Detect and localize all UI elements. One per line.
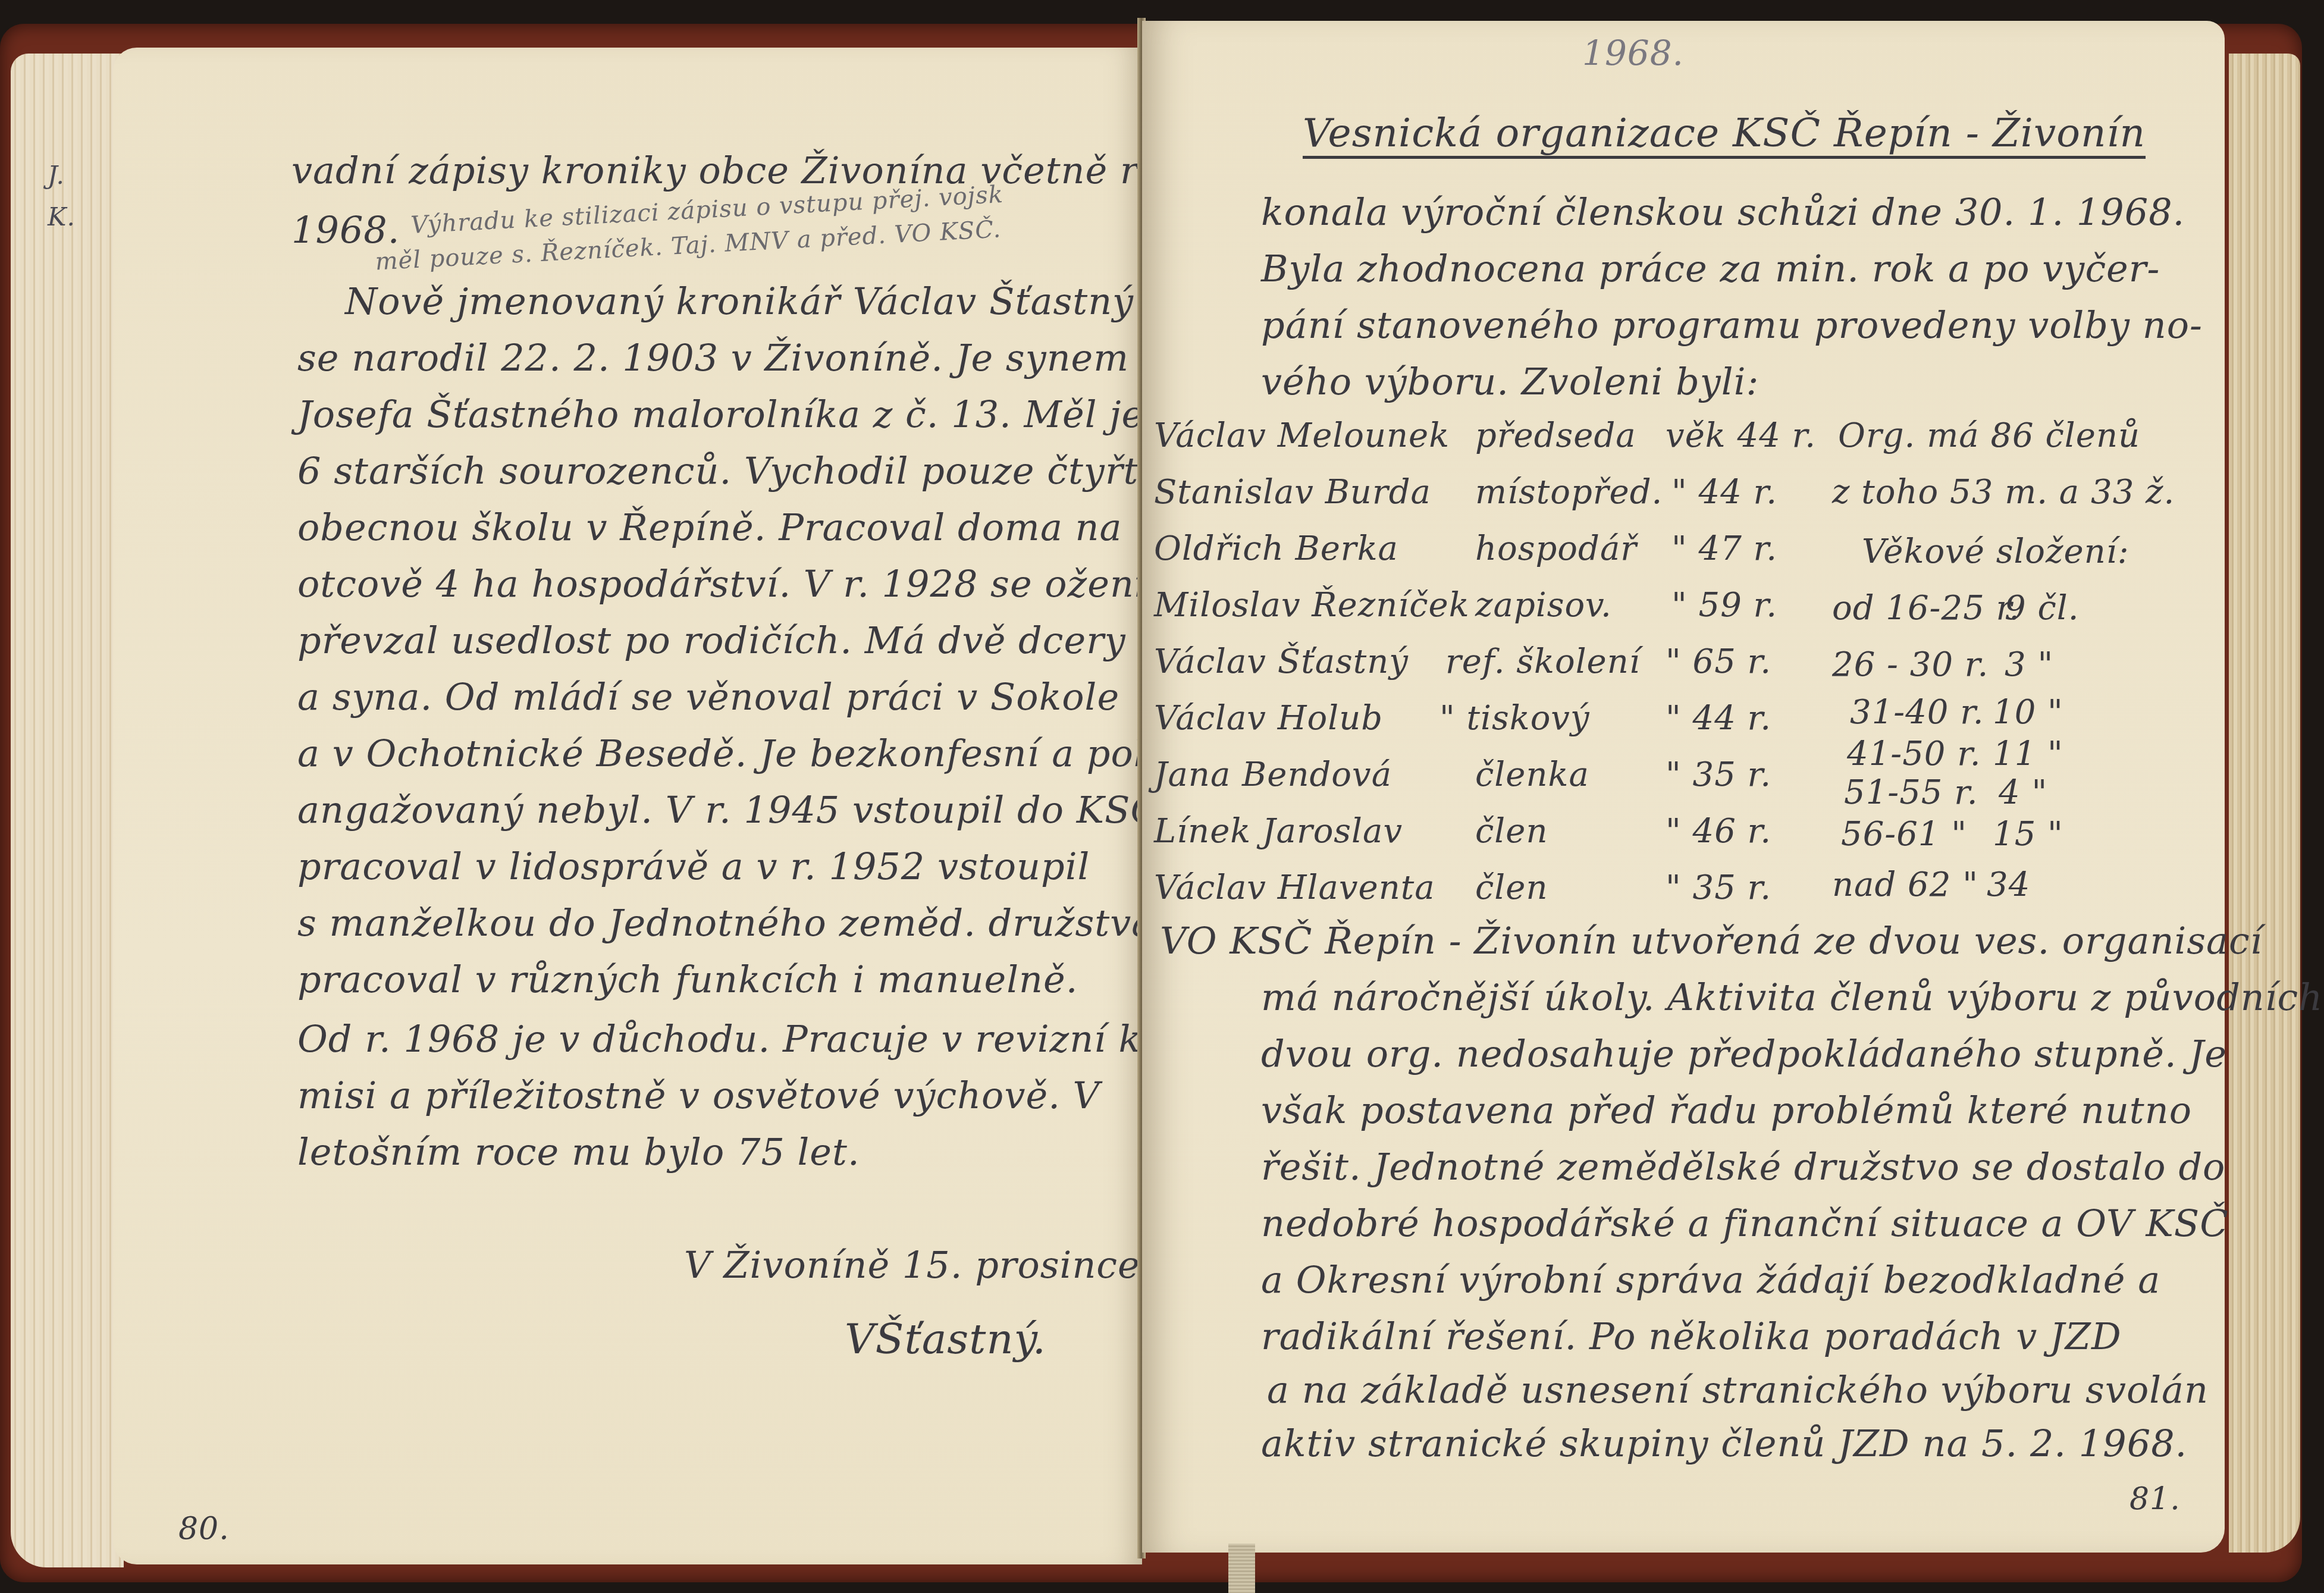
member-name: Václav Šťastný bbox=[1154, 642, 1409, 681]
age-count: 3 " bbox=[2005, 645, 2053, 684]
age-count: 34 bbox=[1987, 866, 2030, 904]
member-role: předseda bbox=[1475, 416, 1636, 455]
member-name: Václav Melounek bbox=[1154, 416, 1450, 455]
section-title: Vesnická organizace KSČ Řepín - Živonín bbox=[1303, 110, 2146, 156]
age-range: nad 62 " bbox=[1832, 866, 1978, 904]
paragraph-line: 6 starších sourozenců. Vychodil pouze čt… bbox=[297, 449, 1230, 493]
member-age: " 59 r. bbox=[1671, 586, 1777, 625]
bookmark-ribbon bbox=[1228, 1544, 1255, 1593]
page-number: 80. bbox=[178, 1511, 230, 1547]
member-name: Miloslav Řezníček bbox=[1154, 586, 1470, 625]
margin-mark: K. bbox=[48, 202, 76, 231]
age-range: 31-40 r. bbox=[1850, 693, 1984, 732]
paragraph-line: otcově 4 ha hospodářství. V r. 1928 se o… bbox=[297, 562, 1194, 606]
age-count: 9 čl. bbox=[2005, 589, 2080, 628]
paragraph-line: angažovaný nebyl. V r. 1945 vstoupil do … bbox=[297, 788, 1159, 832]
paragraph-line: Nově jmenovaný kronikář Václav Šťastný bbox=[345, 280, 1134, 323]
age-count: 4 " bbox=[1999, 773, 2047, 812]
text-line: vadní zápisy kroniky obce Živonína včetn… bbox=[291, 149, 1146, 192]
intro-line: konala výroční členskou schůzi dne 30. 1… bbox=[1261, 190, 2185, 234]
text-line: 1968. bbox=[291, 208, 400, 252]
left-page: J. K. vadní zápisy kroniky obce Živonína… bbox=[113, 48, 1142, 1564]
age-count: 10 " bbox=[1993, 693, 2063, 732]
signature: VŠťastný. bbox=[845, 1315, 1046, 1363]
member-split: z toho 53 m. a 33 ž. bbox=[1832, 473, 2175, 512]
left-page-edges bbox=[11, 54, 124, 1567]
member-role: členka bbox=[1475, 755, 1589, 794]
member-age: věk 44 r. bbox=[1666, 416, 1816, 455]
age-heading: Věkové složení: bbox=[1862, 532, 2129, 571]
paragraph-line: dvou org. nedosahuje předpokládaného stu… bbox=[1261, 1032, 2227, 1075]
paragraph-line: nedobré hospodářské a finanční situace a… bbox=[1261, 1202, 2229, 1245]
age-range: 26 - 30 r. bbox=[1832, 645, 1989, 684]
member-age: " 65 r. bbox=[1666, 642, 1771, 681]
member-age: " 47 r. bbox=[1671, 529, 1777, 568]
right-page-edges bbox=[2229, 54, 2300, 1553]
member-role: člen bbox=[1475, 812, 1548, 851]
page-number: 81. bbox=[2129, 1481, 2181, 1517]
member-name: Jana Bendová bbox=[1154, 755, 1392, 794]
member-role: " tiskový bbox=[1439, 699, 1590, 738]
age-range: 51-55 r. bbox=[1844, 773, 1978, 812]
paragraph-line: Josefa Šťastného malorolníka z č. 13. Mě… bbox=[297, 393, 1202, 436]
age-count: 11 " bbox=[1993, 735, 2063, 773]
paragraph-line: obecnou školu v Řepíně. Pracoval doma na bbox=[297, 506, 1122, 549]
paragraph-line: převzal usedlost po rodičích. Má dvě dce… bbox=[297, 619, 1126, 662]
age-range: 56-61 " bbox=[1841, 815, 1967, 854]
member-age: " 44 r. bbox=[1666, 699, 1771, 738]
age-range: od 16-25 r. bbox=[1832, 589, 2020, 628]
right-page: 1968. Vesnická organizace KSČ Řepín - Ži… bbox=[1142, 21, 2225, 1553]
member-role: člen bbox=[1475, 868, 1548, 907]
paragraph-line: má náročnější úkoly. Aktivita členů výbo… bbox=[1261, 976, 2323, 1019]
member-name: Václav Hlaventa bbox=[1154, 868, 1435, 907]
paragraph-line: a v Ochotnické Besedě. Je bezkonfesní a … bbox=[297, 732, 1252, 775]
paragraph-line: však postavena před řadu problémů které … bbox=[1261, 1089, 2192, 1132]
paragraph-line: a syna. Od mládí se věnoval práci v Soko… bbox=[297, 675, 1119, 719]
paragraph-line: řešit. Jednotné zemědělské družstvo se d… bbox=[1261, 1145, 2225, 1189]
margin-mark: J. bbox=[48, 161, 65, 190]
paragraph-line: a na základě usnesení stranického výboru… bbox=[1267, 1368, 2209, 1412]
member-total: Org. má 86 členů bbox=[1838, 416, 2140, 455]
paragraph-line: Od r. 1968 je v důchodu. Pracuje v reviz… bbox=[297, 1017, 1177, 1061]
member-role: zapisov. bbox=[1475, 586, 1612, 625]
member-name: Oldřich Berka bbox=[1154, 529, 1398, 568]
paragraph-line: VO KSČ Řepín - Živonín utvořená ze dvou … bbox=[1160, 919, 2263, 962]
member-age: " 44 r. bbox=[1671, 473, 1777, 512]
paragraph-line: a Okresní výrobní správa žádají bezodkla… bbox=[1261, 1258, 2160, 1302]
intro-line: vého výboru. Zvoleni byli: bbox=[1261, 360, 1759, 403]
member-name: Línek Jaroslav bbox=[1154, 812, 1403, 851]
member-age: " 35 r. bbox=[1666, 755, 1771, 794]
paragraph-line: se narodil 22. 2. 1903 v Živoníně. Je sy… bbox=[297, 336, 1129, 380]
intro-line: pání stanoveného programu provedeny volb… bbox=[1261, 303, 2203, 347]
age-range: 41-50 r. bbox=[1847, 735, 1981, 773]
age-count: 15 " bbox=[1993, 815, 2063, 854]
paragraph-line: s manželkou do Jednotného zeměd. družstv… bbox=[297, 901, 1236, 945]
member-name: Stanislav Burda bbox=[1154, 473, 1431, 512]
member-role: hospodář bbox=[1475, 529, 1637, 568]
member-name: Václav Holub bbox=[1154, 699, 1383, 738]
paragraph-line: aktiv stranické skupiny členů JZD na 5. … bbox=[1261, 1422, 2187, 1465]
member-age: " 35 r. bbox=[1666, 868, 1771, 907]
paragraph-line: radikální řešení. Po několika poradách v… bbox=[1261, 1315, 2122, 1358]
member-role: místopřed. bbox=[1475, 473, 1663, 512]
year-header: 1968. bbox=[1582, 33, 1684, 73]
paragraph-line: letošním roce mu bylo 75 let. bbox=[297, 1130, 860, 1174]
intro-line: Byla zhodnocena práce za min. rok a po v… bbox=[1261, 247, 2160, 290]
paragraph-line: pracoval v různých funkcích i manuelně. bbox=[297, 958, 1078, 1001]
member-role: ref. školení bbox=[1445, 642, 1641, 681]
member-age: " 46 r. bbox=[1666, 812, 1771, 851]
paragraph-line: misi a příležitostně v osvětové výchově.… bbox=[297, 1074, 1100, 1117]
paragraph-line: pracoval v lidosprávě a v r. 1952 vstoup… bbox=[297, 845, 1090, 888]
